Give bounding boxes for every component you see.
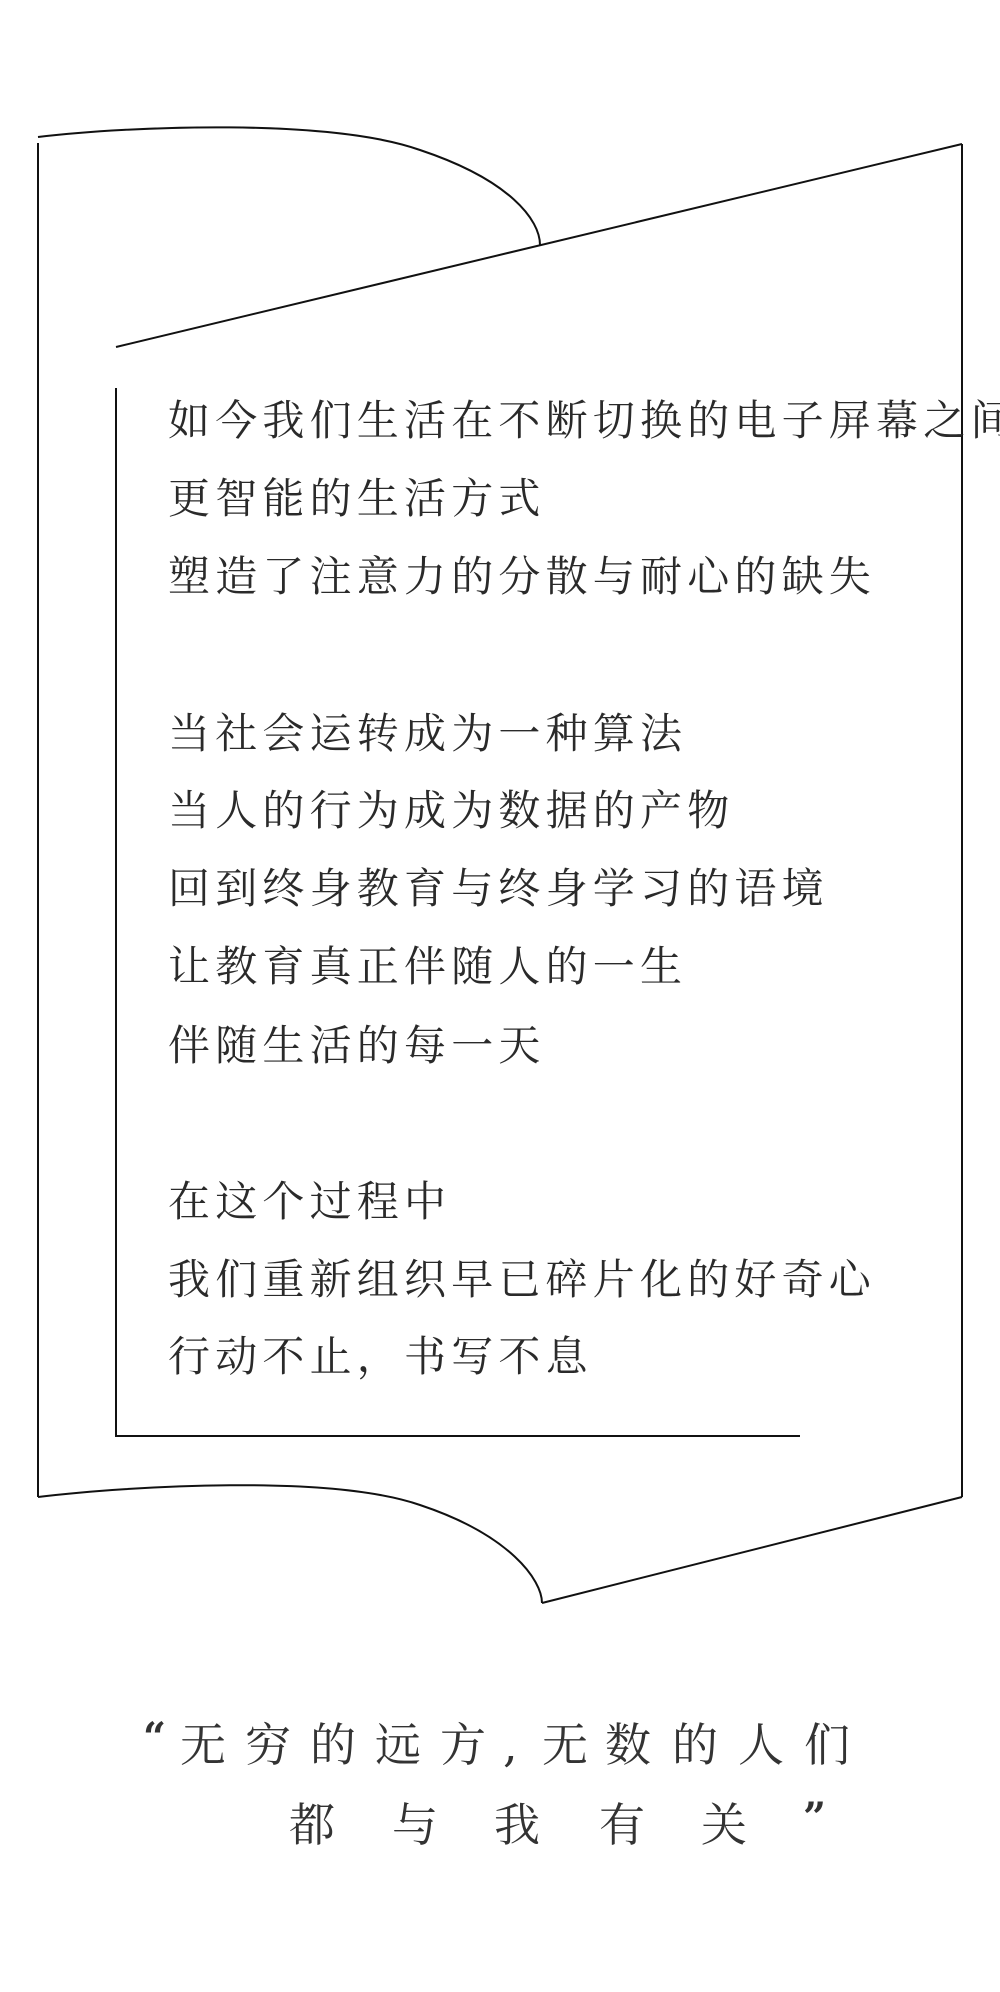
quote-char: 无 xyxy=(542,1720,588,1770)
quote-char: 方 xyxy=(440,1720,486,1770)
close-quote-mark: ” xyxy=(803,1798,826,1838)
closing-quote: “ 无 穷 的 远 方 , 无 数 的 人 们 都 与 我 有 关 ” xyxy=(0,0,1000,1992)
quote-char: 有 xyxy=(599,1800,645,1850)
quote-char: 的 xyxy=(672,1720,718,1770)
quote-char: 关 xyxy=(701,1800,747,1850)
quote-char: 我 xyxy=(494,1800,540,1850)
quote-char: 无 xyxy=(180,1720,226,1770)
quote-char: 们 xyxy=(804,1720,850,1770)
quote-char: 与 xyxy=(392,1800,438,1850)
quote-comma: , xyxy=(503,1720,518,1770)
open-quote-mark: “ xyxy=(143,1718,166,1758)
quote-char: 的 xyxy=(310,1720,356,1770)
quote-char: 都 xyxy=(289,1800,335,1850)
quote-char: 数 xyxy=(605,1720,651,1770)
quote-char: 人 xyxy=(738,1720,784,1770)
quote-char: 穷 xyxy=(245,1720,291,1770)
quote-char: 远 xyxy=(375,1720,421,1770)
